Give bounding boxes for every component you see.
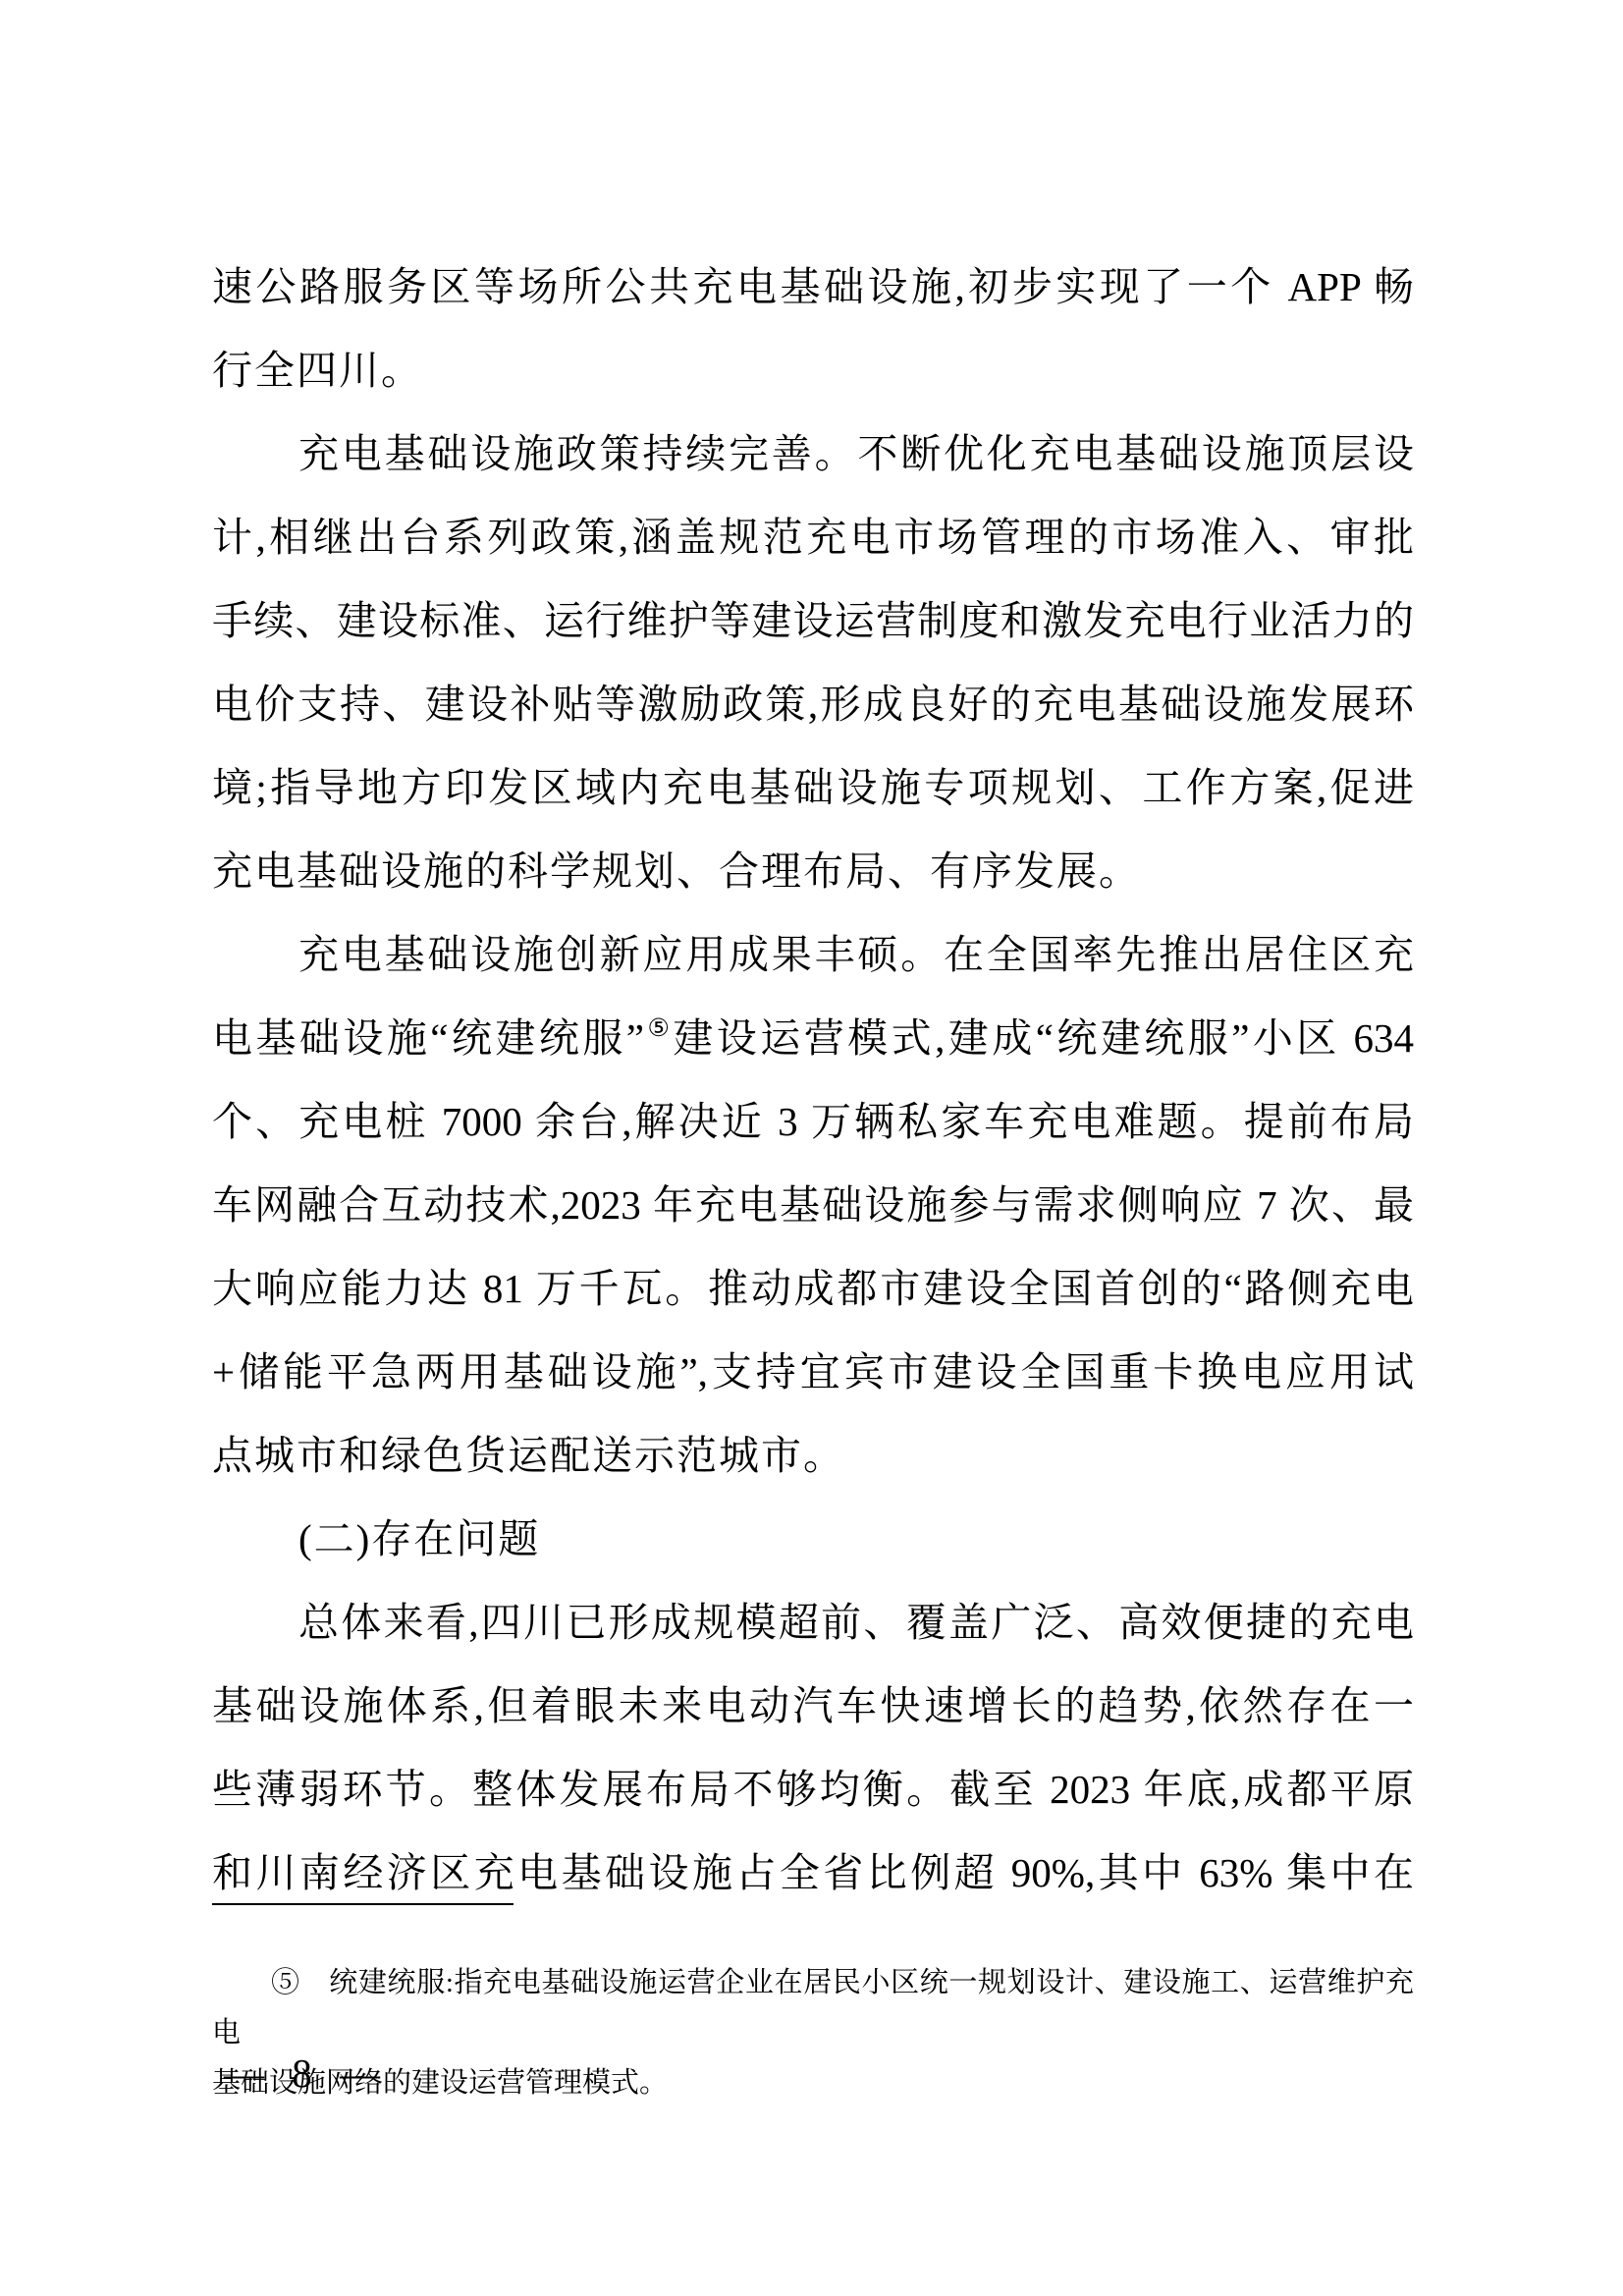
body-line-8: 充电基础设施的科学规划、合理布局、有序发展。	[212, 830, 1414, 913]
document-page: 速公路服务区等场所公共充电基础设施,初步实现了一个 APP 畅 行全四川。 充电…	[0, 0, 1623, 2296]
body-line-9: 充电基础设施创新应用成果丰硕。在全国率先推出居住区充	[212, 913, 1414, 997]
footnote-block: ⑤ 统建统服:指充电基础设施运营企业在居民小区统一规划设计、建设施工、运营维护充…	[212, 1958, 1414, 2108]
body-line-10-text-before-ref: 电基础设施“统建统服”	[212, 1015, 644, 1061]
body-line-6: 电价支持、建设补贴等激励政策,形成良好的充电基础设施发展环	[212, 663, 1414, 746]
body-line-4: 计,相继出台系列政策,涵盖规范充电市场管理的市场准入、审批	[212, 496, 1414, 579]
footnote-reference-5: ⑤	[644, 1015, 673, 1042]
body-text-block: 速公路服务区等场所公共充电基础设施,初步实现了一个 APP 畅 行全四川。 充电…	[212, 246, 1414, 1915]
body-line-18: 基础设施体系,但着眼未来电动汽车快速增长的趋势,依然存在一	[212, 1665, 1414, 1748]
page-number: — 8 —	[224, 2049, 384, 2098]
body-line-11: 个、充电桩 7000 余台,解决近 3 万辆私家车充电难题。提前布局	[212, 1080, 1414, 1164]
body-line-1: 速公路服务区等场所公共充电基础设施,初步实现了一个 APP 畅	[212, 246, 1414, 329]
body-line-2: 行全四川。	[212, 329, 1414, 412]
section-heading: (二)存在问题	[212, 1498, 1414, 1581]
footnote-divider	[212, 1903, 514, 1905]
footnote-line-2: 基础设施网络的建设运营管理模式。	[212, 2058, 1414, 2108]
body-line-14: +储能平急两用基础设施”,支持宜宾市建设全国重卡换电应用试	[212, 1331, 1414, 1414]
body-line-10-text-after-ref: 建设运营模式,建成“统建统服”小区 634	[673, 1015, 1414, 1061]
footnote-line-1: ⑤ 统建统服:指充电基础设施运营企业在居民小区统一规划设计、建设施工、运营维护充…	[212, 1958, 1414, 2058]
body-line-10: 电基础设施“统建统服”⑤建设运营模式,建成“统建统服”小区 634	[212, 997, 1414, 1080]
body-line-5: 手续、建设标准、运行维护等建设运营制度和激发充电行业活力的	[212, 579, 1414, 663]
body-line-15: 点城市和绿色货运配送示范城市。	[212, 1414, 1414, 1498]
body-line-3: 充电基础设施政策持续完善。不断优化充电基础设施顶层设	[212, 412, 1414, 496]
body-line-17: 总体来看,四川已形成规模超前、覆盖广泛、高效便捷的充电	[212, 1581, 1414, 1665]
body-line-12: 车网融合互动技术,2023 年充电基础设施参与需求侧响应 7 次、最	[212, 1164, 1414, 1247]
body-line-7: 境;指导地方印发区域内充电基础设施专项规划、工作方案,促进	[212, 746, 1414, 830]
body-line-19: 些薄弱环节。整体发展布局不够均衡。截至 2023 年底,成都平原	[212, 1748, 1414, 1831]
body-line-13: 大响应能力达 81 万千瓦。推动成都市建设全国首创的“路侧充电	[212, 1247, 1414, 1331]
